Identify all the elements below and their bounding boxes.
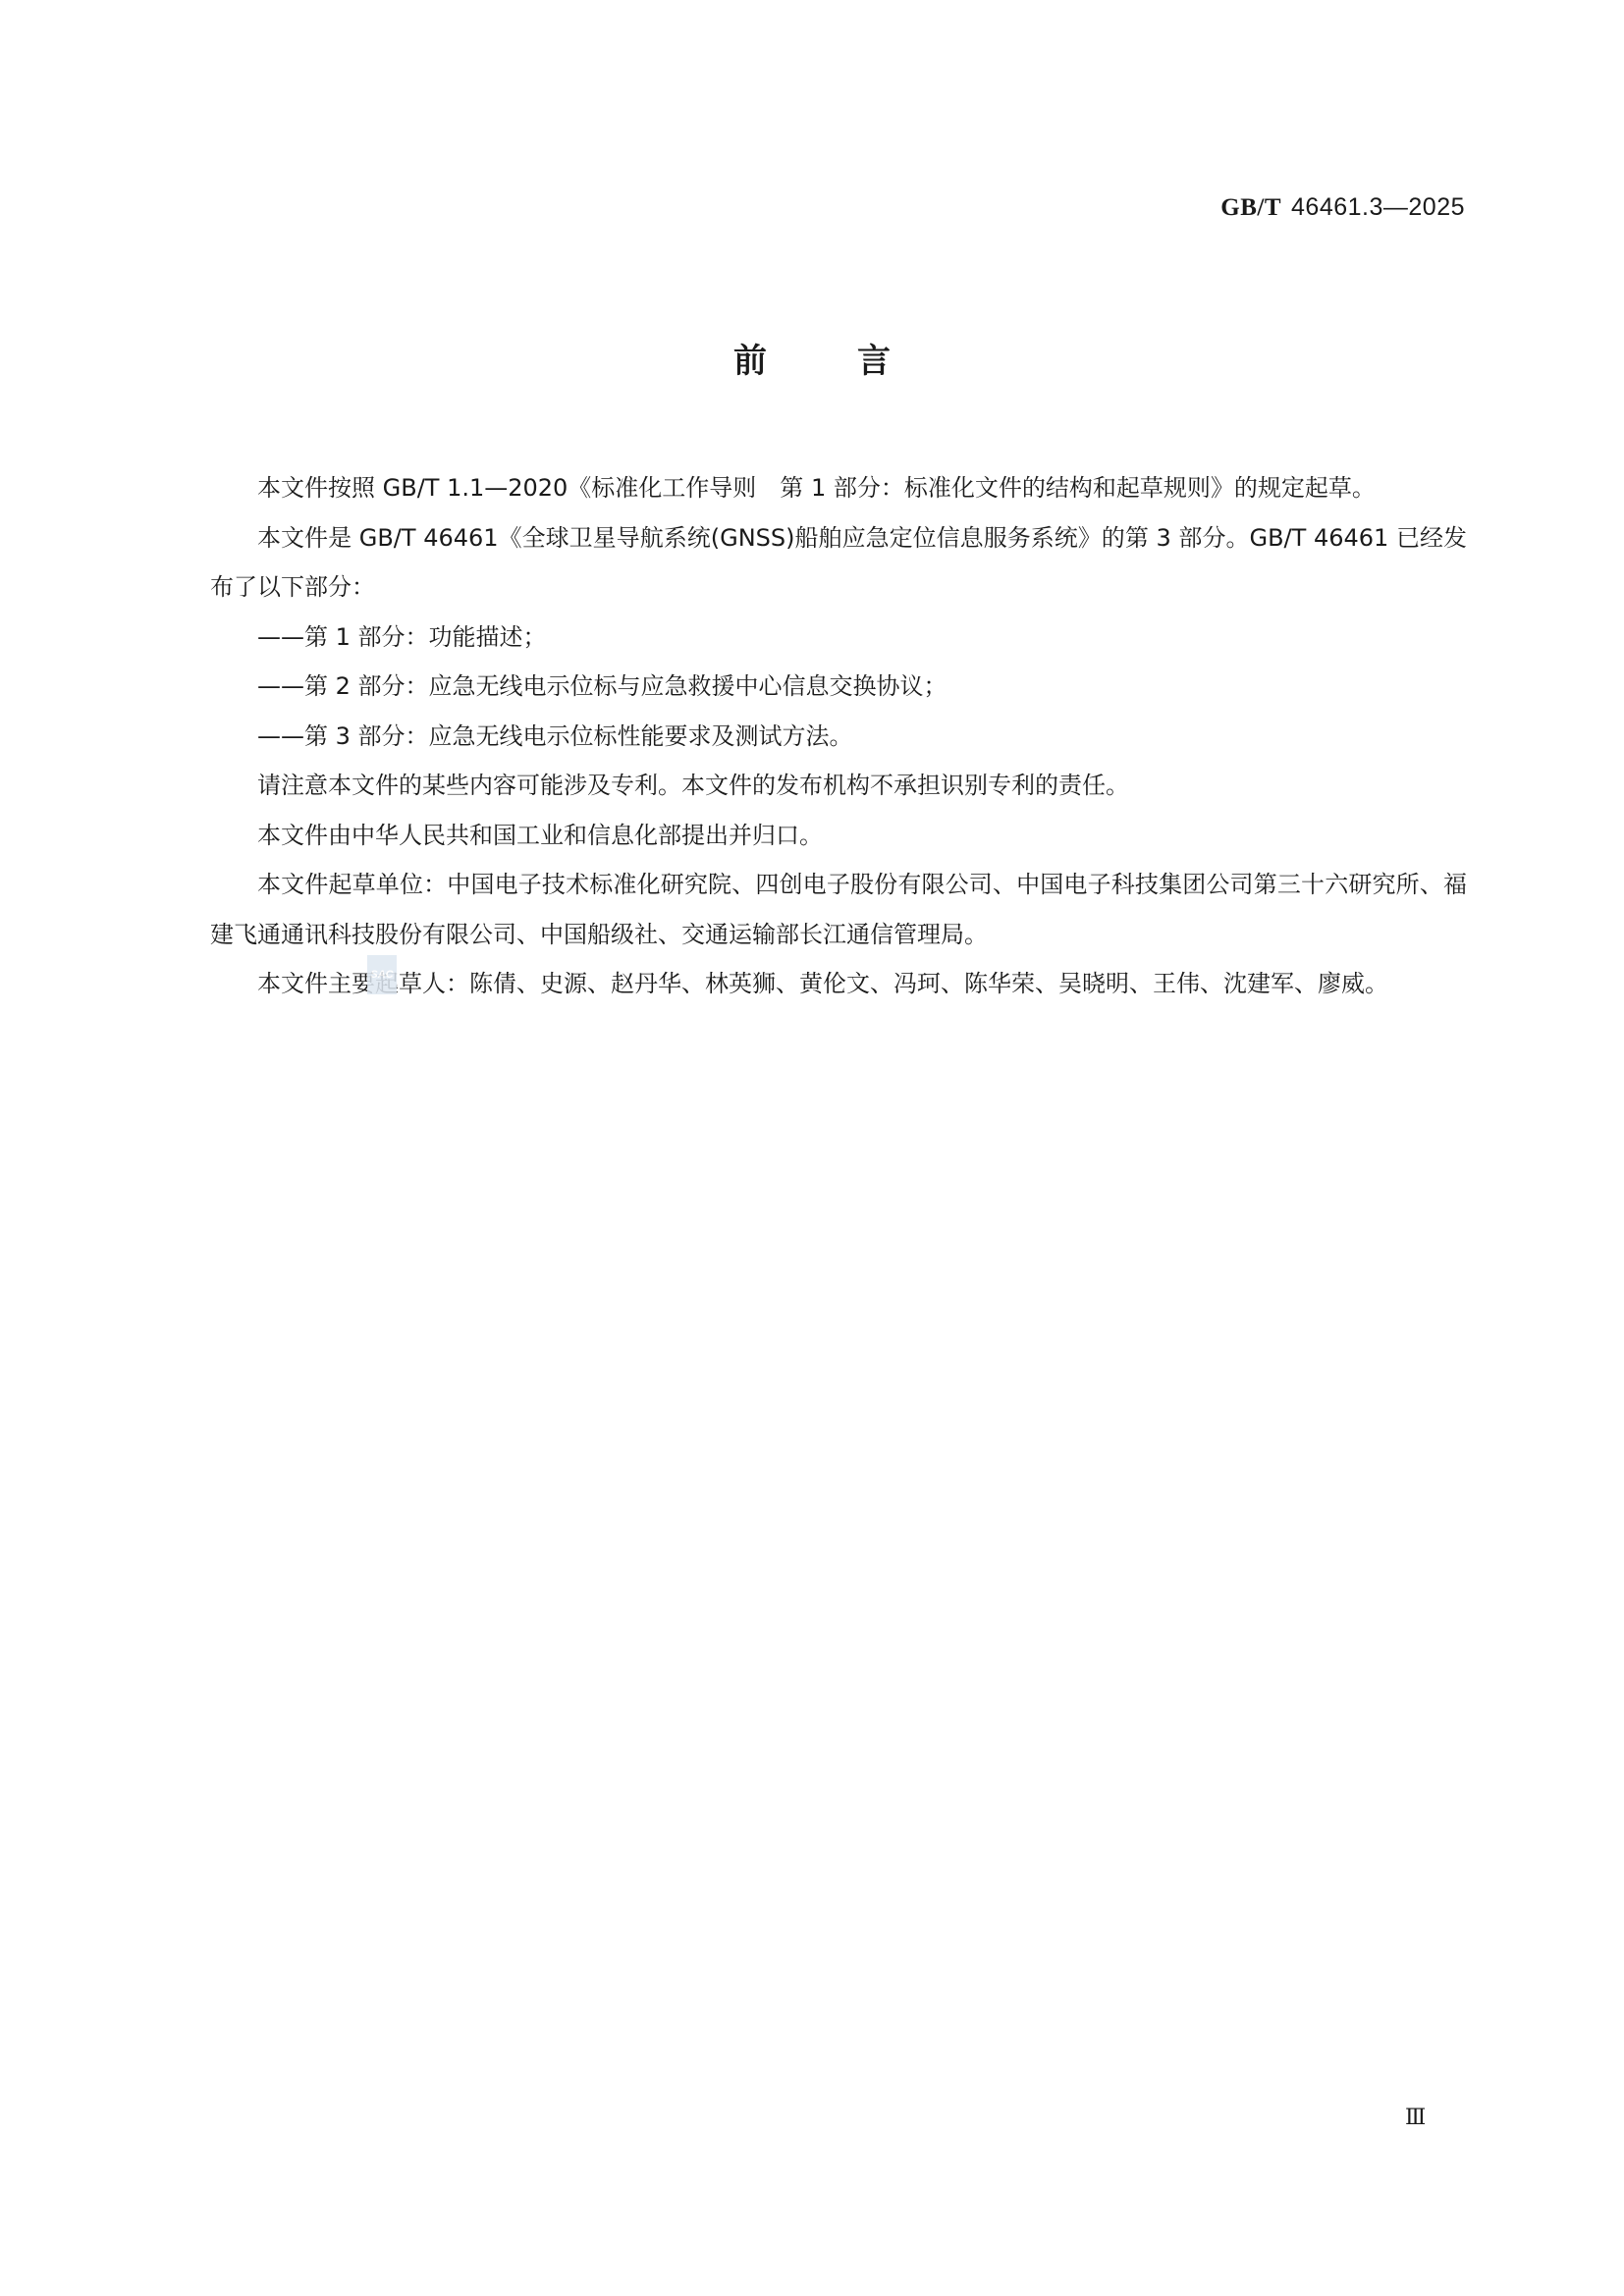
list-item-part-3: ——第 3 部分：应急无线电示位标性能要求及测试方法。 <box>210 712 1467 762</box>
document-code: GB/T46461.3—2025 <box>1220 192 1465 222</box>
list-item-part-1: ——第 1 部分：功能描述； <box>210 613 1467 663</box>
list-item-part-2: ——第 2 部分：应急无线电示位标与应急救援中心信息交换协议； <box>210 662 1467 712</box>
paragraph-proposer: 本文件由中华人民共和国工业和信息化部提出并归口。 <box>210 811 1467 861</box>
paragraph-series-info: 本文件是 GB/T 46461《全球卫星导航系统(GNSS)船舶应急定位信息服务… <box>210 513 1467 613</box>
paragraph-drafting-rules: 本文件按照 GB/T 1.1—2020《标准化工作导则 第 1 部分：标准化文件… <box>210 463 1467 513</box>
paragraph-drafters: 本文件主要起草人：陈倩、史源、赵丹华、林英狮、黄伦文、冯珂、陈华荣、吴晓明、王伟… <box>210 959 1467 1009</box>
paragraph-patent-notice: 请注意本文件的某些内容可能涉及专利。本文件的发布机构不承担识别专利的责任。 <box>210 761 1467 811</box>
page-title-char-1: 前 <box>733 334 767 382</box>
page-title: 前言 <box>0 334 1624 382</box>
document-code-number: 46461.3—2025 <box>1291 193 1465 221</box>
foreword-body: 本文件按照 GB/T 1.1—2020《标准化工作导则 第 1 部分：标准化文件… <box>210 463 1467 1009</box>
sac-watermark-logo: SAC <box>367 955 397 994</box>
page-number: Ⅲ <box>1405 2105 1426 2130</box>
page-title-char-2: 言 <box>857 334 891 382</box>
document-code-prefix: GB/T <box>1220 194 1281 221</box>
paragraph-drafting-units: 本文件起草单位：中国电子技术标准化研究院、四创电子股份有限公司、中国电子科技集团… <box>210 860 1467 959</box>
